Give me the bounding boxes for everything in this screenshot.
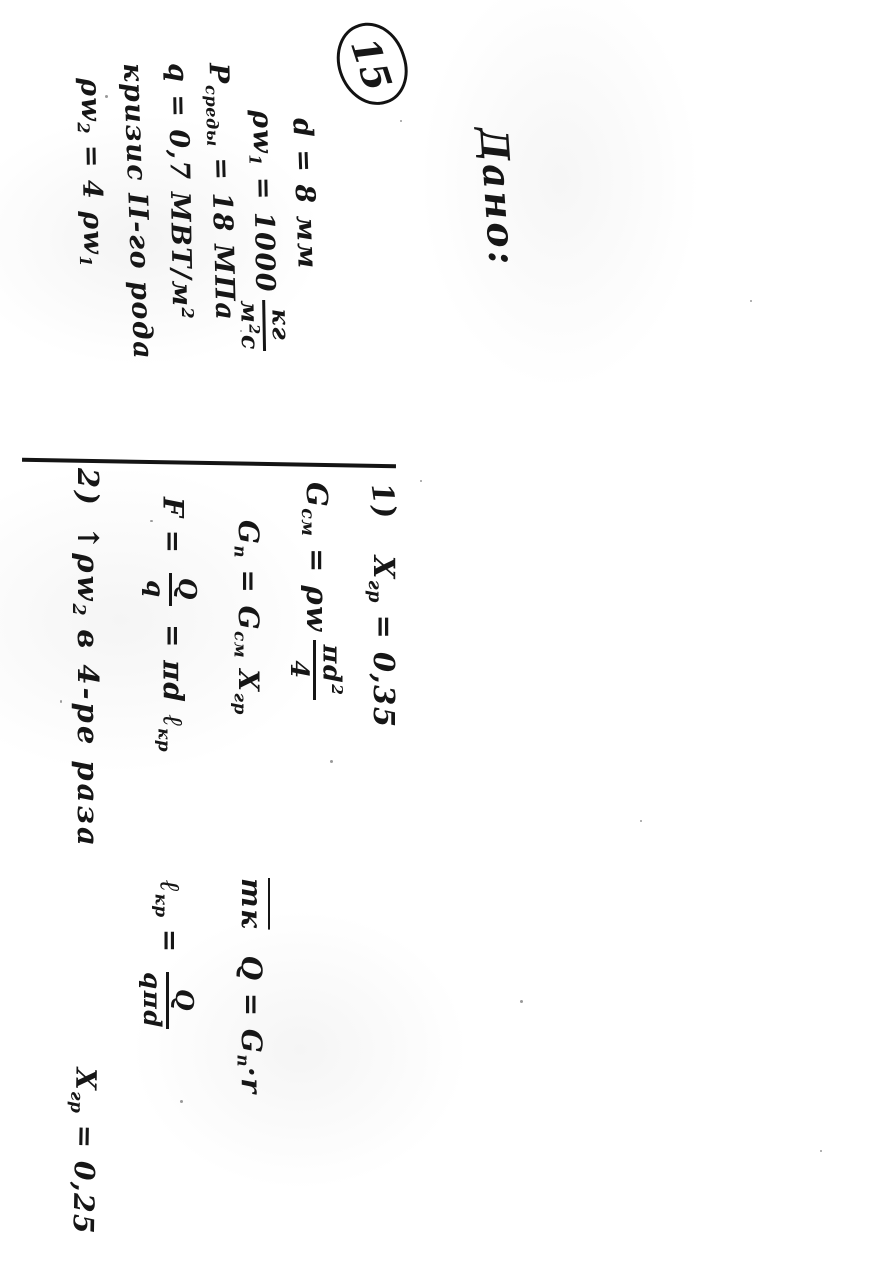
subscript: гр xyxy=(364,580,384,603)
fraction-numerator: Q xyxy=(166,972,197,1029)
term: ρw xyxy=(71,553,105,603)
scan-speckle xyxy=(60,700,62,703)
superscript: 2 xyxy=(328,684,346,695)
term: Х xyxy=(367,556,401,580)
term: πd xyxy=(317,645,347,685)
term: ·r xyxy=(235,1067,268,1095)
solution-step2-result: Хгр = 0,25 xyxy=(65,1068,103,1236)
term: ρw xyxy=(246,110,278,155)
problem-number-badge: 15 xyxy=(327,14,418,115)
scan-speckle xyxy=(240,330,242,332)
fraction: кгм2с xyxy=(236,300,293,351)
fraction: Qqπd xyxy=(139,972,197,1029)
fraction: Qq xyxy=(142,573,200,606)
scan-speckle xyxy=(420,480,422,482)
fraction-numerator: πd2 xyxy=(313,640,345,701)
term: ℓ xyxy=(153,880,186,893)
scan-speckle xyxy=(520,1000,523,1003)
term: F = xyxy=(156,497,189,566)
fraction-denominator: q xyxy=(142,573,170,606)
step-label: 1) xyxy=(365,481,404,522)
subscript: 2 xyxy=(68,603,88,616)
superscript: 2 xyxy=(246,324,262,335)
term: Р xyxy=(203,63,235,86)
term: G xyxy=(300,482,334,508)
term: = xyxy=(153,918,186,965)
subscript: гр xyxy=(67,1091,87,1114)
fraction-numerator: Q xyxy=(169,573,200,606)
term: = 4 ρw xyxy=(75,134,108,256)
subscript: п xyxy=(233,1054,253,1067)
term: Q = G xyxy=(235,956,268,1055)
term: с xyxy=(236,335,264,351)
term: Х xyxy=(232,658,265,692)
increase-arrow: ↑ xyxy=(71,526,105,553)
problem-number: 15 xyxy=(342,32,401,96)
fraction-denominator: 4 xyxy=(285,640,314,701)
given-solution-divider xyxy=(22,458,396,469)
given-line-mass-flux-2: ρw2 = 4 ρw1 xyxy=(73,78,109,268)
solution-step2-line: 2)↑ρw2 в 4-ре раза xyxy=(68,468,105,849)
scan-speckle xyxy=(105,95,108,98)
handwritten-content: 15 Дано: d = 8 мм ρw1 = 1000кгм2с Рсреды… xyxy=(0,0,893,1263)
given-line-diameter: d = 8 мм xyxy=(286,118,322,271)
scanned-notebook-page: 15 Дано: d = 8 мм ρw1 = 1000кгм2с Рсреды… xyxy=(0,0,893,1263)
term: Х xyxy=(69,1068,102,1092)
given-line-crisis-type: кризис II-го рода xyxy=(117,63,158,361)
term: = 1000 xyxy=(247,166,280,294)
given-line-mass-flux: ρw1 = 1000кгм2с xyxy=(233,110,294,358)
subscript: п xyxy=(230,545,250,558)
scan-speckle xyxy=(330,760,333,763)
superscript: 2 xyxy=(178,307,197,319)
scan-speckle xyxy=(640,820,642,822)
fraction: πd24 xyxy=(285,640,346,701)
subscript: среды xyxy=(202,85,223,147)
subscript: гр xyxy=(230,693,250,715)
scan-speckle xyxy=(150,520,153,522)
given-heading: Дано: xyxy=(471,126,526,269)
subscript: см xyxy=(230,631,250,658)
solution-mixture-flow-line: Gсм = ρwπd24 xyxy=(285,482,346,707)
subscript: см xyxy=(297,508,317,536)
solution-step1-line: 1)Хгр = 0,35 xyxy=(364,483,401,729)
term: = 18 МПа xyxy=(205,146,241,322)
scan-speckle xyxy=(180,1100,183,1103)
scan-speckle xyxy=(820,1150,822,1152)
solution-crisis-length-line: ℓкр = Qqπd xyxy=(139,880,197,1036)
term: = ρw xyxy=(300,536,334,632)
term: q = 0,7 МВТ/м xyxy=(162,63,197,308)
since-abbreviation: тк xyxy=(235,878,268,930)
scan-speckle xyxy=(400,120,402,122)
step-label: 2) xyxy=(71,468,105,508)
term: G xyxy=(232,520,265,545)
subscript: 1 xyxy=(76,255,95,267)
term: = 0,35 xyxy=(367,603,401,729)
subscript: кр xyxy=(155,728,175,752)
term: = G xyxy=(232,558,265,631)
term: в 4-ре раза xyxy=(71,616,105,849)
term: = 0,25 xyxy=(67,1113,102,1235)
fraction-denominator: qπd xyxy=(139,972,167,1029)
term: = πd ℓ xyxy=(156,613,189,728)
given-line-pressure: Рсреды = 18 МПа xyxy=(201,63,240,322)
solution-heat-balance-line: ткQ = Gп·r xyxy=(233,878,268,1095)
solution-vapor-flow-line: Gп = Gсм Хгр xyxy=(230,520,265,715)
scan-speckle xyxy=(750,300,752,302)
subscript: кр xyxy=(152,893,172,917)
subscript: 2 xyxy=(74,122,93,134)
subscript: 1 xyxy=(245,154,264,166)
term: ρw xyxy=(74,78,106,123)
fraction-numerator: кг xyxy=(263,300,294,351)
given-line-heat-flux: q = 0,7 МВТ/м2 xyxy=(162,63,197,320)
solution-area-line: F = Qq = πd ℓкр xyxy=(142,497,200,752)
